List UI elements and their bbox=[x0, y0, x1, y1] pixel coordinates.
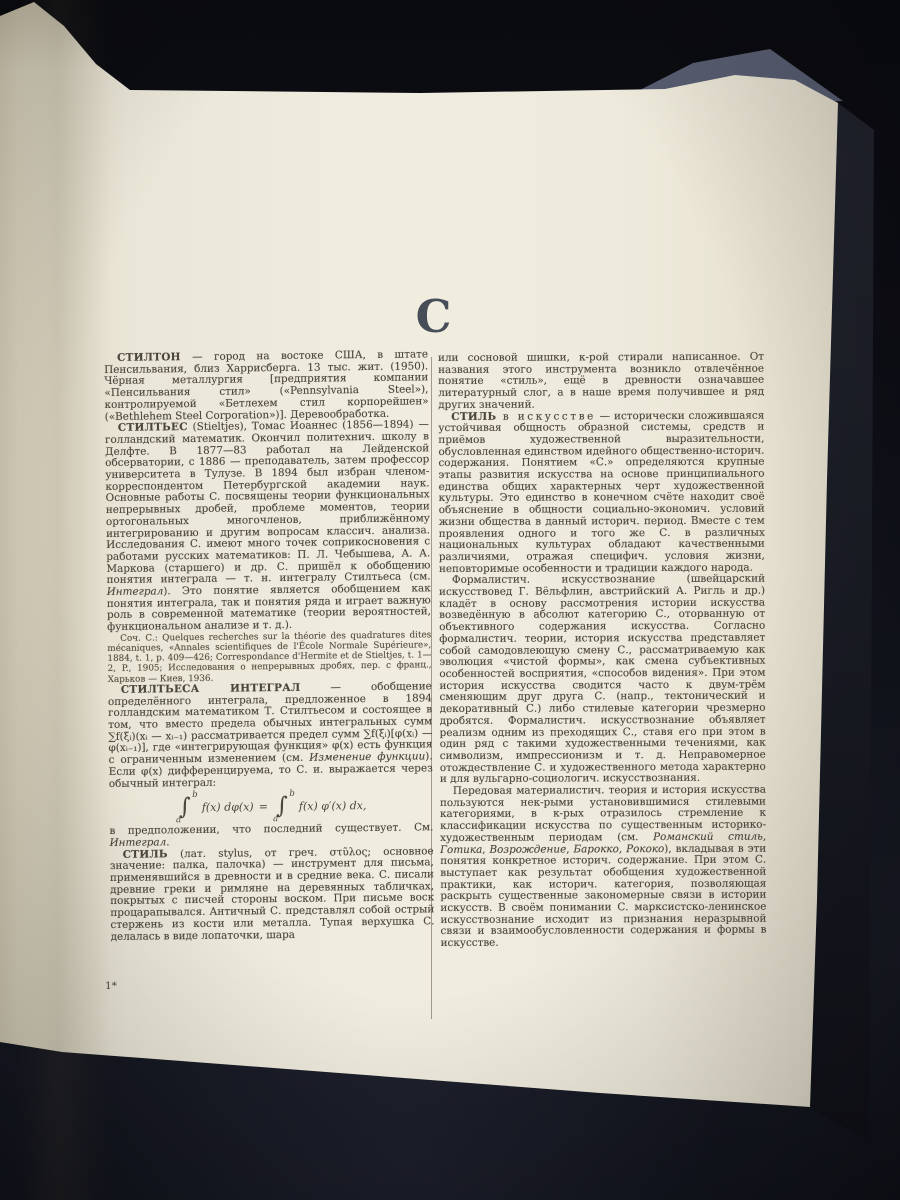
italic-reference: Барокко bbox=[573, 843, 618, 855]
right-column: или сосновой шишки, к-рой стирали написа… bbox=[438, 352, 767, 950]
formula-rhs: f(x) φ′(x) dx, bbox=[299, 799, 367, 813]
entry-headword: СТИЛТЬЕСА ИНТЕГРАЛ bbox=[121, 682, 301, 696]
text-paragraph: Формалистич. искусствознание (швейцарски… bbox=[439, 574, 766, 786]
integral-upper-limit: b bbox=[192, 791, 198, 800]
dictionary-entry: СТИЛТЬЕСА ИНТЕГРАЛ — обобщение определён… bbox=[108, 681, 433, 790]
integral-upper-limit: b bbox=[289, 790, 295, 799]
dictionary-entry: СТИЛЬ в искусстве — исторически сложивша… bbox=[438, 410, 765, 575]
integral-sign: ∫ba bbox=[273, 793, 294, 820]
entry-headword-qualifier: в искусстве bbox=[496, 410, 596, 422]
entry-headword: СТИЛТОН bbox=[117, 351, 181, 364]
italic-reference: Изменение функции bbox=[309, 750, 425, 763]
text-paragraph: или сосновой шишки, к-рой стирали написа… bbox=[438, 352, 764, 412]
integral-lower-limit: a bbox=[273, 815, 278, 824]
book-photo: С СТИЛТОН — город на востоке США, в штат… bbox=[0, 0, 900, 1200]
section-letter: С bbox=[404, 290, 464, 343]
integral-lower-limit: a bbox=[176, 816, 181, 825]
italic-reference: Интеграл bbox=[107, 585, 164, 598]
formula-equals: = bbox=[259, 800, 268, 813]
dictionary-entry: СТИЛТЬЕС (Stieltjes), Томас Иоаннес (185… bbox=[105, 420, 431, 634]
dictionary-entry: СТИЛЬ (лат. stylus, от греч. στῦλος; осн… bbox=[110, 846, 435, 943]
entry-headword: СТИЛТЬЕС bbox=[118, 421, 188, 434]
italic-reference: Возрождение bbox=[489, 843, 566, 855]
text-paragraph: Передовая материалистич. теория и истори… bbox=[440, 785, 767, 950]
formula-lhs: f(x) dφ(x) bbox=[202, 801, 254, 815]
stieltjes-integral-formula: ∫baf(x) dφ(x)=∫baf(x) φ′(x) dx, bbox=[109, 792, 433, 823]
dictionary-entry: СТИЛТОН — город на востоке США, в штате … bbox=[104, 349, 429, 423]
integral-sign: ∫ba bbox=[176, 794, 197, 821]
signature-mark: 1* bbox=[105, 980, 117, 992]
entry-headword: СТИЛЬ bbox=[451, 410, 496, 422]
italic-reference: Рококо bbox=[626, 843, 664, 855]
text-paragraph: Соч. С.: Quelques recherches sur la théo… bbox=[107, 630, 432, 685]
italic-reference: Интеграл bbox=[109, 836, 166, 849]
entry-headword: СТИЛЬ bbox=[123, 848, 168, 861]
italic-reference: Готика bbox=[440, 843, 482, 855]
italic-reference: Романский стиль bbox=[653, 830, 763, 842]
left-column: СТИЛТОН — город на востоке США, в штате … bbox=[104, 349, 435, 943]
